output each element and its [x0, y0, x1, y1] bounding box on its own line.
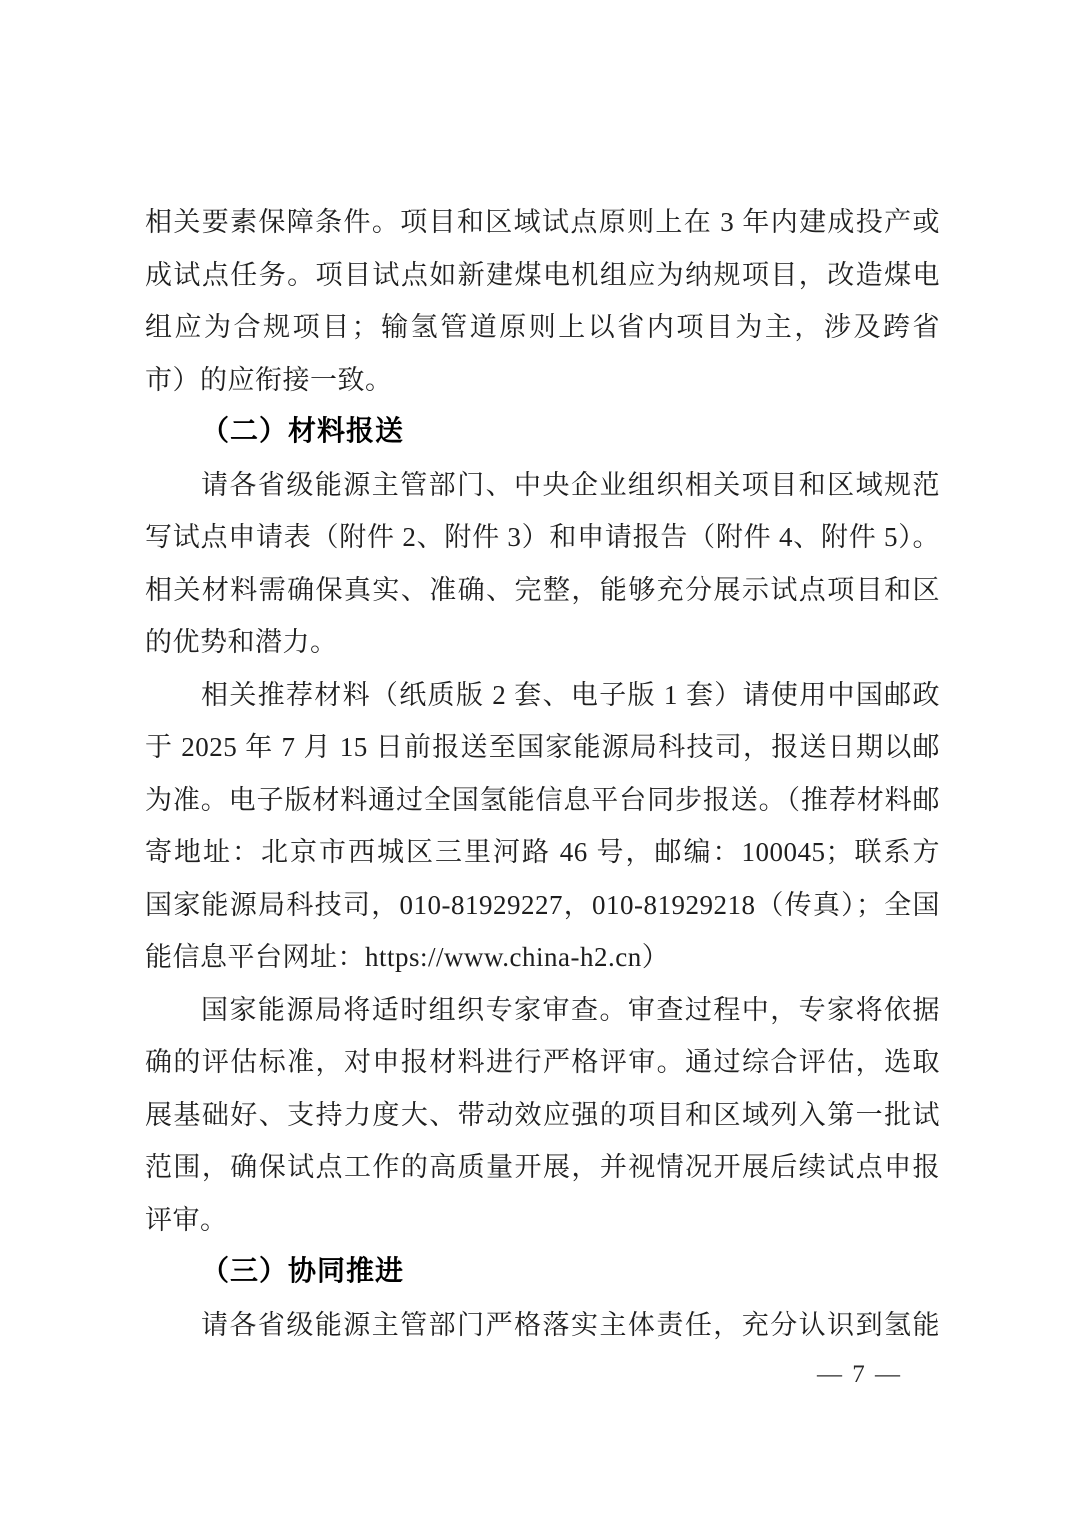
document-body: 相关要素保障条件。项目和区域试点原则上在 3 年内建成投产或完成试点任务。项目试… — [145, 196, 940, 1351]
text-line: 为准。电子版材料通过全国氢能信息平台同步报送。（推荐材料邮 — [145, 774, 940, 827]
text-line: 展基础好、支持力度大、带动效应强的项目和区域列入第一批试点 — [145, 1089, 940, 1142]
text-line: 寄地址：北京市西城区三里河路 46 号，邮编：100045；联系方式： — [145, 826, 940, 879]
text-line: 确的评估标准，对申报材料进行严格评审。通过综合评估，选取发 — [145, 1036, 940, 1089]
text-line: 范围，确保试点工作的高质量开展，并视情况开展后续试点申报和 — [145, 1141, 940, 1194]
text-line: 市）的应衔接一致。 — [145, 354, 940, 407]
text-line: 评审。 — [145, 1194, 940, 1247]
text-line: 写试点申请表（附件 2、附件 3）和申请报告（附件 4、附件 5）。 — [145, 511, 940, 564]
section-heading-text: （二）材料报送 — [145, 406, 940, 459]
text-line: 国家能源局将适时组织专家审查。审查过程中，专家将依据明 — [145, 984, 940, 1037]
text-line: 请各省级能源主管部门严格落实主体责任，充分认识到氢能产 — [145, 1299, 940, 1352]
text-line: 能信息平台网址：https://www.china-h2.cn） — [145, 931, 940, 984]
text-line: 国家能源局科技司，010-81929227，010-81929218（传真）；全… — [145, 879, 940, 932]
section-heading: （三）协同推进 — [145, 1246, 940, 1299]
paragraph: 请各省级能源主管部门、中央企业组织相关项目和区域规范填写试点申请表（附件 2、附… — [145, 459, 940, 669]
paragraph: 国家能源局将适时组织专家审查。审查过程中，专家将依据明确的评估标准，对申报材料进… — [145, 984, 940, 1247]
text-line: 请各省级能源主管部门、中央企业组织相关项目和区域规范填 — [145, 459, 940, 512]
section-heading: （二）材料报送 — [145, 406, 940, 459]
text-line: 相关要素保障条件。项目和区域试点原则上在 3 年内建成投产或完 — [145, 196, 940, 249]
section-heading-text: （三）协同推进 — [145, 1246, 940, 1299]
text-line: 于 2025 年 7 月 15 日前报送至国家能源局科技司，报送日期以邮戳 — [145, 721, 940, 774]
text-line: 相关材料需确保真实、准确、完整，能够充分展示试点项目和区域 — [145, 564, 940, 617]
page-number: — 7 — — [817, 1360, 902, 1390]
paragraph: 相关推荐材料（纸质版 2 套、电子版 1 套）请使用中国邮政 EMS于 2025… — [145, 669, 940, 984]
text-line: 组应为合规项目；输氢管道原则上以省内项目为主，涉及跨省（区、 — [145, 301, 940, 354]
text-line: 成试点任务。项目试点如新建煤电机组应为纳规项目，改造煤电机 — [145, 249, 940, 302]
text-line: 的优势和潜力。 — [145, 616, 940, 669]
paragraph: 请各省级能源主管部门严格落实主体责任，充分认识到氢能产 — [145, 1299, 940, 1352]
text-line: 相关推荐材料（纸质版 2 套、电子版 1 套）请使用中国邮政 EMS — [145, 669, 940, 722]
document-page: 相关要素保障条件。项目和区域试点原则上在 3 年内建成投产或完成试点任务。项目试… — [0, 0, 1080, 1528]
paragraph: 相关要素保障条件。项目和区域试点原则上在 3 年内建成投产或完成试点任务。项目试… — [145, 196, 940, 406]
